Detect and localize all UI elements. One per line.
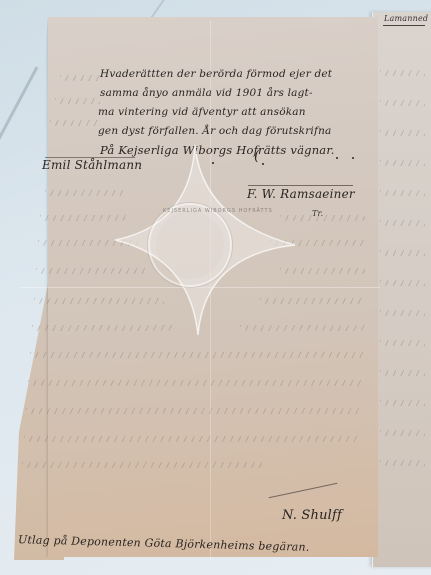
embossed-seal-ring xyxy=(148,203,232,287)
seal-ring-text: KEJSERLIGA WIBORGS HOFRÄTTS xyxy=(163,208,273,214)
right-page-text xyxy=(380,280,425,286)
right-page-text xyxy=(380,400,425,406)
signature-bottom: N. Shulff xyxy=(282,508,342,523)
glass-edge xyxy=(0,66,38,191)
bleed-through-text xyxy=(50,120,100,126)
right-page-text xyxy=(380,190,425,196)
right-page-text xyxy=(380,130,425,136)
right-page-text xyxy=(380,70,425,76)
ink-mark xyxy=(336,157,338,159)
right-page-text xyxy=(380,250,425,256)
right-page-text xyxy=(380,370,425,376)
signature-flourish xyxy=(248,185,353,186)
bleed-through-text xyxy=(22,462,262,468)
body-line-2: samma ånyo anmäla vid 1901 års lagt- xyxy=(100,87,313,99)
body-line-1: Hvaderättten der berörda förmod ejer det xyxy=(100,68,332,80)
right-page-text xyxy=(380,310,425,316)
signature-note: Tr. xyxy=(312,209,323,218)
right-page-text xyxy=(380,460,425,466)
signature-left: Emil Ståhlmann xyxy=(42,158,142,172)
ink-mark xyxy=(212,162,214,164)
ink-mark: ( xyxy=(254,148,260,164)
right-page-header: Lamanned xyxy=(384,14,428,23)
bleed-through-text xyxy=(55,98,100,104)
bleed-through-text xyxy=(26,408,361,414)
right-page-text xyxy=(380,430,425,436)
header-underline xyxy=(383,25,425,26)
ink-mark xyxy=(262,163,264,165)
right-page-text xyxy=(380,340,425,346)
body-line-4: gen dyst förfallen. År och dag förutskri… xyxy=(98,125,332,137)
body-line-3: ma vintering vid äfventyr att ansökan xyxy=(98,106,306,118)
ink-mark xyxy=(352,157,354,159)
photo-scene: Lamanned Hvaderättten der berörda förmod… xyxy=(0,0,431,575)
bleed-through-text xyxy=(60,75,100,81)
right-page-text xyxy=(380,220,425,226)
right-page-text xyxy=(380,160,425,166)
bleed-through-text xyxy=(30,352,365,358)
right-page-text xyxy=(380,100,425,106)
right-page xyxy=(372,12,431,567)
bleed-through-text xyxy=(24,436,359,442)
signature-right: F. W. Ramsaeiner xyxy=(247,187,355,201)
bleed-through-text xyxy=(28,380,363,386)
